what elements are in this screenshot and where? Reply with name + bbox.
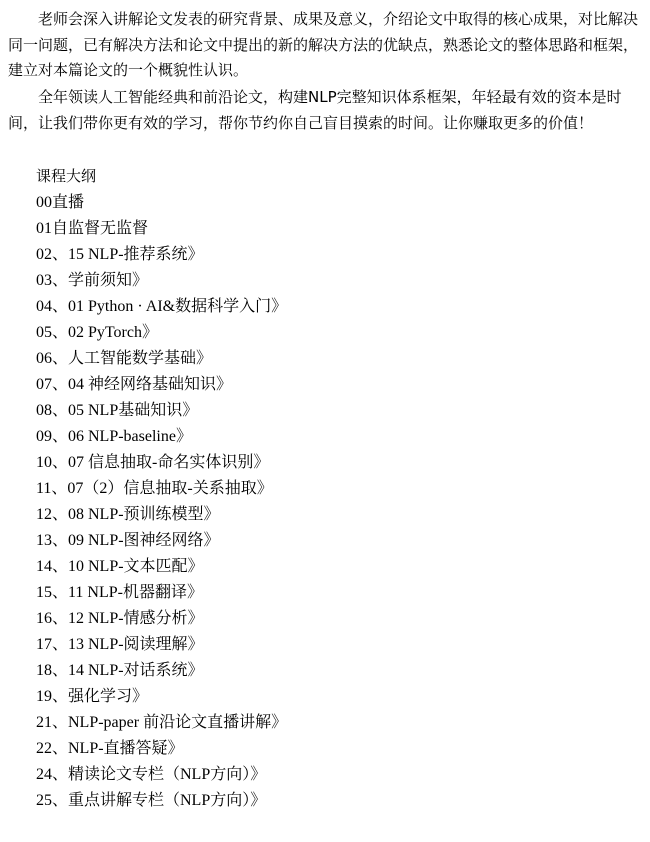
outline-item-label: 18、14 NLP-对话系统》 [36,662,204,679]
outline-item: 02、15 NLP-推荐系统》 [36,241,287,267]
outline-item: 18、14 NLP-对话系统》 [36,657,287,683]
outline-item: 24、精读论文专栏（NLP方向）》 [36,761,287,787]
outline-item: 04、01 Python · AI&数据科学入门》 [36,293,287,319]
outline-item: 10、07 信息抽取-命名实体识别》 [36,449,287,475]
outline-item: 08、05 NLP基础知识》 [36,397,287,423]
outline-item-label: 05、02 PyTorch》 [36,324,158,341]
intro-paragraph-2: 全年领读人工智能经典和前沿论文，构建NLP完整知识体系框架，年轻最有效的资本是时… [8,85,644,136]
outline-item-label: 15、11 NLP-机器翻译》 [36,584,203,601]
outline-item: 11、07（2）信息抽取-关系抽取》 [36,475,287,501]
outline-item-label: 01自监督无监督 [36,220,148,237]
outline-item: 06、人工智能数学基础》 [36,345,287,371]
outline-item: 09、06 NLP-baseline》 [36,423,287,449]
outline-item: 16、12 NLP-情感分析》 [36,605,287,631]
outline-item-label: 09、06 NLP-baseline》 [36,428,192,445]
outline-item: 13、09 NLP-图神经网络》 [36,527,287,553]
outline-item-label: 22、NLP-直播答疑》 [36,740,184,757]
outline-item: 22、NLP-直播答疑》 [36,735,287,761]
outline-item-label: 06、人工智能数学基础》 [36,350,212,367]
outline-item: 19、强化学习》 [36,683,287,709]
outline-item-label: 25、重点讲解专栏（NLP方向）》 [36,792,266,809]
outline-title: 课程大纲 [36,163,287,189]
outline-item-label: 11、07（2）信息抽取-关系抽取》 [36,480,273,497]
outline-item: 25、重点讲解专栏（NLP方向）》 [36,787,287,813]
outline-item: 15、11 NLP-机器翻译》 [36,579,287,605]
outline-item-label: 12、08 NLP-预训练模型》 [36,506,220,523]
outline-item-label: 21、NLP-paper 前沿论文直播讲解》 [36,714,287,731]
outline-item: 21、NLP-paper 前沿论文直播讲解》 [36,709,287,735]
outline-item: 05、02 PyTorch》 [36,319,287,345]
intro-paragraph-1: 老师会深入讲解论文发表的研究背景、成果及意义，介绍论文中取得的核心成果，对比解决… [8,7,644,84]
outline-item-label: 13、09 NLP-图神经网络》 [36,532,220,549]
outline-item-label: 17、13 NLP-阅读理解》 [36,636,204,653]
outline-item: 12、08 NLP-预训练模型》 [36,501,287,527]
outline-item-label: 16、12 NLP-情感分析》 [36,610,204,627]
outline-item: 01自监督无监督 [36,215,287,241]
outline-item-label: 03、学前须知》 [36,272,148,289]
outline-item-label: 08、05 NLP基础知识》 [36,402,198,419]
outline-item: 00直播 [36,189,287,215]
outline-item: 07、04 神经网络基础知识》 [36,371,287,397]
outline-item-label: 04、01 Python · AI&数据科学入门》 [36,298,287,315]
outline-item-label: 07、04 神经网络基础知识》 [36,376,232,393]
outline-item-label: 02、15 NLP-推荐系统》 [36,246,204,263]
outline-item-label: 14、10 NLP-文本匹配》 [36,558,204,575]
outline-item-label: 00直播 [36,194,84,211]
course-outline: 课程大纲 00直播 01自监督无监督 02、15 NLP-推荐系统》 03、学前… [36,163,287,813]
outline-item-label: 10、07 信息抽取-命名实体识别》 [36,454,269,471]
outline-item: 14、10 NLP-文本匹配》 [36,553,287,579]
outline-item-label: 19、强化学习》 [36,688,148,705]
outline-item: 17、13 NLP-阅读理解》 [36,631,287,657]
outline-item-label: 24、精读论文专栏（NLP方向）》 [36,766,266,783]
outline-item: 03、学前须知》 [36,267,287,293]
